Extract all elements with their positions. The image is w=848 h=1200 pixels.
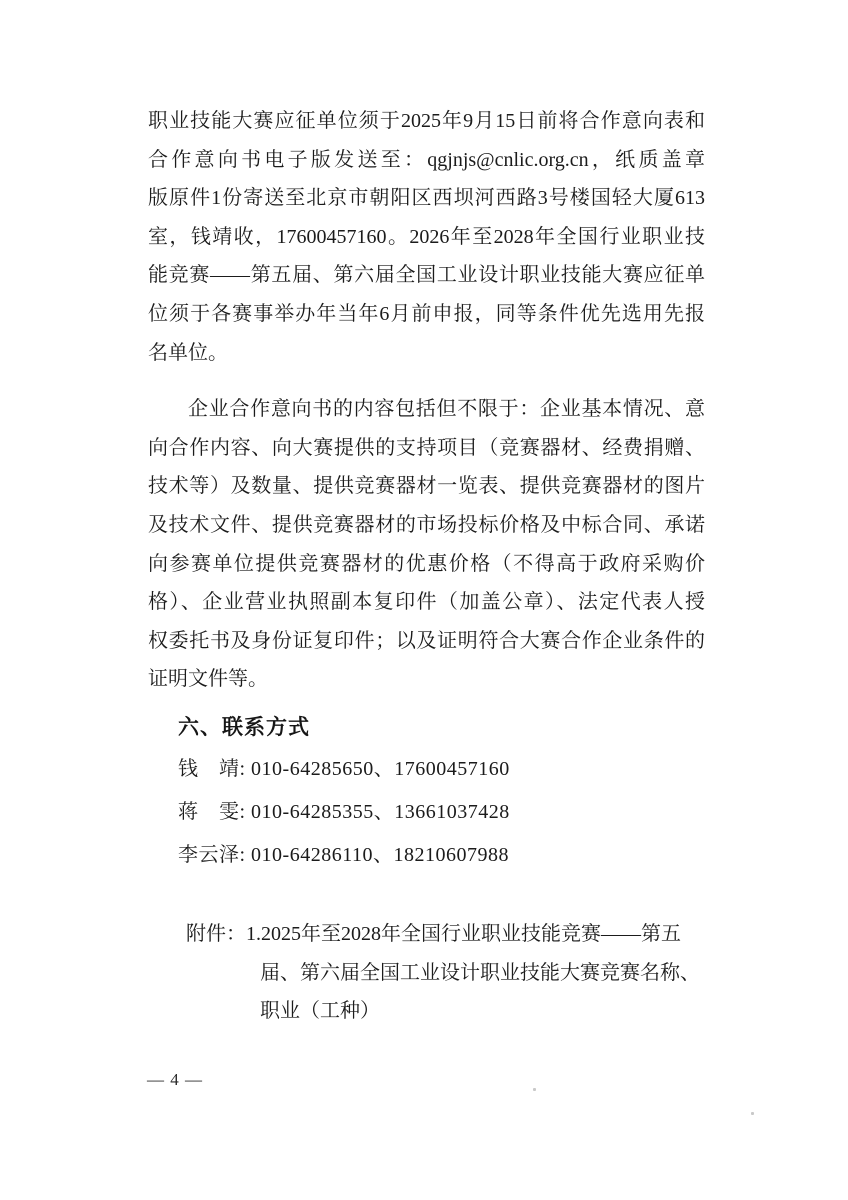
- document-page: 职业技能大赛应征单位须于2025年9月15日前将合作意向表和 合作意向书电子版发…: [0, 0, 848, 1200]
- document-body: 职业技能大赛应征单位须于2025年9月15日前将合作意向表和 合作意向书电子版发…: [148, 102, 705, 1031]
- text-line: 向合作内容、向大赛提供的支持项目（竞赛器材、经费捐赠、: [148, 429, 705, 468]
- text-line: 能竞赛——第五届、第六届全国工业设计职业技能大赛应征单: [148, 256, 705, 295]
- scan-speck: [533, 1088, 536, 1091]
- text-line: 企业合作意向书的内容包括但不限于：企业基本情况、意: [148, 390, 705, 429]
- section-heading-contact-info: 六、联系方式: [148, 708, 705, 748]
- text-line: 格）、企业营业执照副本复印件（加盖公章）、法定代表人授: [148, 583, 705, 622]
- text-line: 版原件1份寄送至北京市朝阳区西坝河西路3号楼国轻大厦613: [148, 179, 705, 218]
- paragraph-application: 职业技能大赛应征单位须于2025年9月15日前将合作意向表和 合作意向书电子版发…: [148, 102, 705, 372]
- scan-speck: [751, 1112, 754, 1115]
- text-line: 室，钱靖收，17600457160。2026年至2028年全国行业职业技: [148, 218, 705, 257]
- text-line: 合作意向书电子版发送至：qgjnjs@cnlic.org.cn，纸质盖章: [148, 141, 705, 180]
- text-line: 位须于各赛事举办年当年6月前申报，同等条件优先选用先报: [148, 295, 705, 334]
- attachment-line: 附件：1.2025年至2028年全国行业职业技能竞赛——第五: [148, 915, 705, 954]
- contact-line: 蒋 雯: 010-64285355、13661037428: [148, 791, 705, 834]
- page-number: — 4 —: [147, 1070, 203, 1090]
- attachment-line: 职业（工种）: [148, 992, 705, 1031]
- contact-list: 钱 靖: 010-64285650、17600457160 蒋 雯: 010-6…: [148, 748, 705, 877]
- text-line: 及技术文件、提供竞赛器材的市场投标价格及中标合同、承诺: [148, 506, 705, 545]
- text-line: 职业技能大赛应征单位须于2025年9月15日前将合作意向表和: [148, 102, 705, 141]
- text-line: 权委托书及身份证复印件；以及证明符合大赛合作企业条件的: [148, 622, 705, 661]
- text-line: 向参赛单位提供竞赛器材的优惠价格（不得高于政府采购价: [148, 545, 705, 584]
- text-line: 证明文件等。: [148, 660, 705, 699]
- attachment-line: 届、第六届全国工业设计职业技能大赛竞赛名称、: [148, 954, 705, 993]
- text-line: 名单位。: [148, 334, 705, 373]
- contact-line: 李云泽: 010-64286110、18210607988: [148, 834, 705, 877]
- text-line: 技术等）及数量、提供竞赛器材一览表、提供竞赛器材的图片: [148, 467, 705, 506]
- contact-line: 钱 靖: 010-64285650、17600457160: [148, 748, 705, 791]
- paragraph-intent-letter: 企业合作意向书的内容包括但不限于：企业基本情况、意 向合作内容、向大赛提供的支持…: [148, 390, 705, 699]
- attachment-note: 附件：1.2025年至2028年全国行业职业技能竞赛——第五 届、第六届全国工业…: [148, 915, 705, 1031]
